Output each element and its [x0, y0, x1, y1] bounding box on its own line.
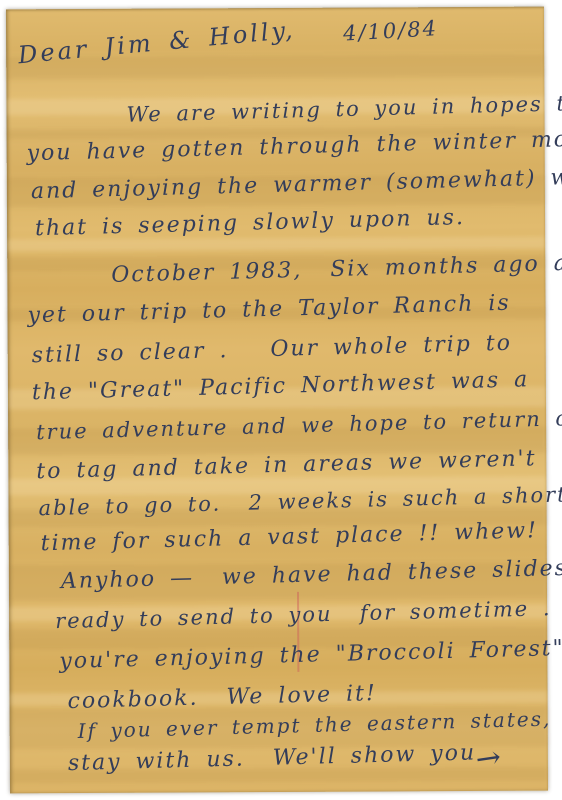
letter-line: ready to send to you for sometime . Hope — [55, 594, 562, 633]
letter-line: cookbook. We love it! — [67, 681, 377, 714]
letter-line: We are writing to you in hopes that — [126, 90, 562, 127]
letter-line: still so clear . Our whole trip to — [31, 331, 512, 369]
letter-line: stay with us. We'll show you — [68, 740, 477, 776]
letter-line: able to go to. 2 weeks is such a short — [38, 482, 562, 520]
letter-line: and enjoying the warmer (somewhat) weath… — [31, 163, 562, 204]
letter-date: 4/10/84 — [342, 16, 438, 45]
letter-line: to tag and take in areas we weren't — [36, 446, 537, 484]
letter-line: you have gotten through the winter month… — [26, 126, 562, 167]
letter-line: Anyhoo — we have had these slides — [61, 556, 562, 594]
letter-line: yet our trip to the Taylor Ranch is — [27, 291, 511, 329]
continuation-arrow-icon: → — [473, 740, 503, 778]
letter-line: the "Great" Pacific Northwest was a — [32, 367, 530, 405]
letter-line: true adventure and we hope to return onl… — [36, 405, 562, 444]
scanned-letter: 4/10/84 Dear Jim & Holly, We are writing… — [0, 0, 562, 800]
letter-line: October 1983, Six months ago and — [111, 250, 562, 288]
letter-salutation: Dear Jim & Holly, — [17, 16, 297, 70]
letter-line: time for such a vast place !! whew! — [40, 518, 538, 556]
letter-paper: 4/10/84 Dear Jim & Holly, We are writing… — [6, 7, 548, 794]
letter-line: that is seeping slowly upon us. — [35, 205, 465, 241]
letter-line: you're enjoying the "Broccoli Forest" — [59, 636, 562, 674]
